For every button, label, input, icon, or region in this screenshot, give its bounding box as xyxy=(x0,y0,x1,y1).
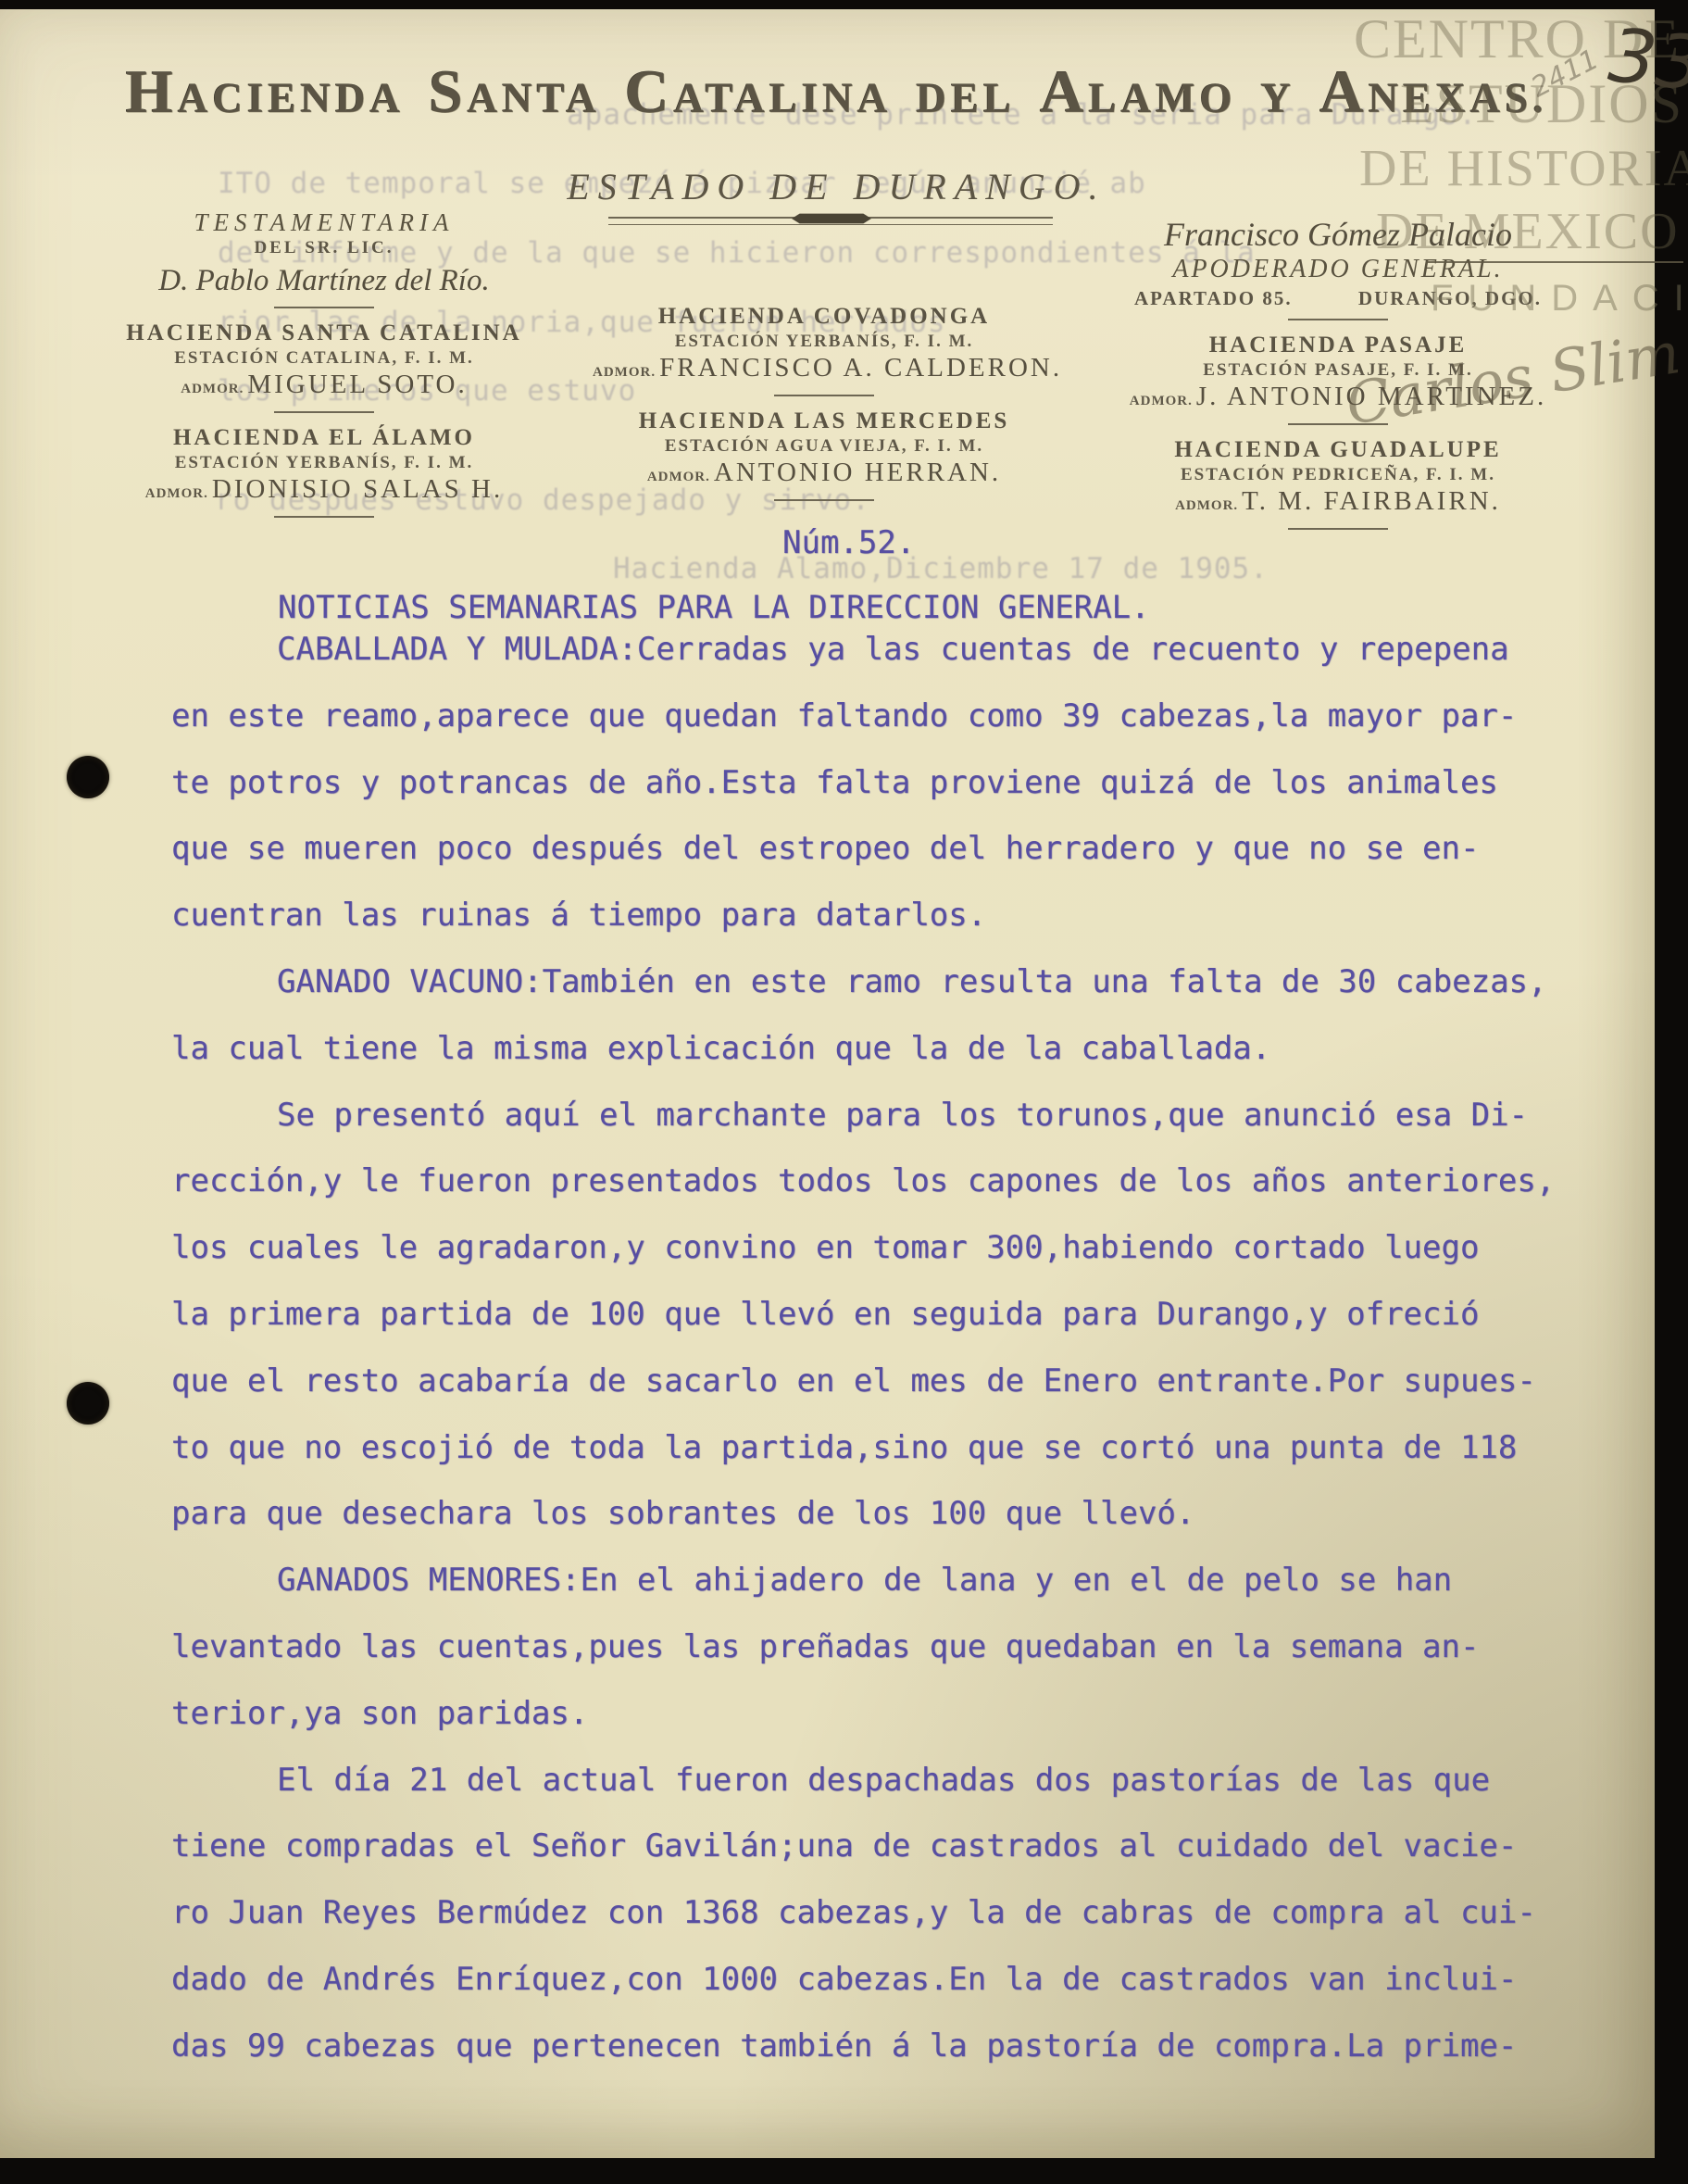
right-hacienda-blocks: HACIENDA PASAJE ESTACIÓN PASAJE, F. I. M… xyxy=(1102,332,1574,530)
typed-line: que el resto acabaría de sacarlo en el m… xyxy=(171,1349,1634,1415)
document-number: Núm.52. xyxy=(782,524,915,561)
hacienda-station: ESTACIÓN YERBANÍS, F. I. M. xyxy=(120,452,528,474)
apartado-number: APARTADO 85. xyxy=(1134,285,1293,311)
scanned-letter-page: apachemente dese printete á la seria par… xyxy=(0,9,1655,2158)
divider-rule xyxy=(1288,423,1388,425)
apartado-line: APARTADO 85. DURANGO, DGO. xyxy=(1134,285,1542,311)
title-rest: DEL xyxy=(916,75,1016,121)
gomez-palacio-script-name: Francisco Gómez Palacio xyxy=(1102,215,1574,254)
title-initial: A xyxy=(1319,58,1369,126)
del-sr-lic-label: DEL SR. LIC. xyxy=(120,236,528,260)
hacienda-name: HACIENDA GUADALUPE xyxy=(1102,436,1574,464)
admor-label: ADMOR. xyxy=(145,486,208,501)
hacienda-block: HACIENDA PASAJE ESTACIÓN PASAJE, F. I. M… xyxy=(1102,332,1574,425)
letterhead-left-column: TESTAMENTARIA DEL SR. LIC. D. Pablo Mart… xyxy=(120,208,528,518)
typed-line: El día 21 del actual fueron despachadas … xyxy=(171,1748,1634,1814)
hacienda-admor-line: ADMOR. J. ANTONIO MARTINEZ. xyxy=(1102,382,1574,416)
title-initial: H xyxy=(126,58,178,126)
letterhead-center-column: HACIENDA COVADONGA ESTACIÓN YERBANÍS, F.… xyxy=(593,292,1056,501)
typed-line: Se presentó aquí el marchante para los t… xyxy=(171,1083,1634,1149)
hacienda-name: HACIENDA EL ÁLAMO xyxy=(120,424,528,452)
typed-line: te potros y potrancas de año.Esta falta … xyxy=(171,750,1634,817)
admor-name: ANTONIO HERRAN. xyxy=(714,458,1001,487)
hacienda-station: ESTACIÓN PASAJE, F. I. M. xyxy=(1102,359,1574,382)
hacienda-block: HACIENDA LAS MERCEDES ESTACIÓN AGUA VIEJ… xyxy=(593,408,1056,501)
admor-name: FRANCISCO A. CALDERON. xyxy=(659,353,1062,383)
title-rest: LAMO xyxy=(1089,75,1237,121)
admor-name: J. ANTONIO MARTINEZ. xyxy=(1196,382,1546,411)
admor-name: MIGUEL SOTO. xyxy=(247,370,467,399)
hacienda-block: HACIENDA COVADONGA ESTACIÓN YERBANÍS, F.… xyxy=(593,303,1056,396)
typed-line: en este reamo,aparece que quedan faltand… xyxy=(171,684,1634,750)
admor-label: ADMOR. xyxy=(1130,394,1193,408)
hacienda-station: ESTACIÓN CATALINA, F. I. M. xyxy=(120,347,528,370)
divider-rule xyxy=(774,395,874,396)
left-hacienda-blocks: HACIENDA SANTA CATALINA ESTACIÓN CATALIN… xyxy=(120,320,528,518)
typed-line: CABALLADA Y MULADA:Cerradas ya las cuent… xyxy=(171,617,1634,684)
hacienda-title: HACIENDA SANTA CATALINA DEL ALAMO Y ANEX… xyxy=(9,57,1664,128)
divider-rule xyxy=(1288,319,1388,320)
typed-line: la primera partida de 100 que llevó en s… xyxy=(171,1282,1634,1349)
title-initial: A xyxy=(1040,58,1089,126)
title-word: Y xyxy=(1261,100,1296,116)
title-word: SANTA xyxy=(429,100,601,116)
admor-label: ADMOR. xyxy=(1175,498,1238,513)
typed-line: das 99 cabezas que pertenecen también á … xyxy=(171,2014,1634,2080)
hacienda-admor-line: ADMOR. T. M. FAIRBAIRN. xyxy=(1102,486,1574,521)
typed-line: GANADOS MENORES:En el ahijadero de lana … xyxy=(171,1548,1634,1614)
typed-line: cuentran las ruinas á tiempo para datarl… xyxy=(171,883,1634,949)
hacienda-block: HACIENDA SANTA CATALINA ESTACIÓN CATALIN… xyxy=(120,320,528,413)
hacienda-station: ESTACIÓN PEDRICEÑA, F. I. M. xyxy=(1102,464,1574,486)
divider-rule xyxy=(274,411,374,413)
title-word: ANEXAS. xyxy=(1319,100,1547,116)
scan-background: { "colors":{ "paper":"#ece5c4", "typed_i… xyxy=(0,0,1688,2184)
punch-hole-top xyxy=(67,756,109,798)
divider-rule xyxy=(274,307,374,308)
hacienda-block: HACIENDA GUADALUPE ESTACIÓN PEDRICEÑA, F… xyxy=(1102,436,1574,530)
center-hacienda-blocks: HACIENDA COVADONGA ESTACIÓN YERBANÍS, F.… xyxy=(593,303,1056,501)
title-word: HACIENDA xyxy=(126,100,405,116)
apoderado-general-label: APODERADO GENERAL. xyxy=(1102,254,1574,285)
hacienda-name: HACIENDA LAS MERCEDES xyxy=(593,408,1056,435)
admor-label: ADMOR. xyxy=(181,382,244,396)
title-rest: Y xyxy=(1261,75,1296,121)
testamentaria-label: TESTAMENTARIA xyxy=(120,208,528,236)
title-rest: ATALINA xyxy=(673,75,892,121)
city-label: DURANGO, DGO. xyxy=(1358,285,1542,311)
typed-line: dado de Andrés Enríquez,con 1000 cabezas… xyxy=(171,1947,1634,2014)
hacienda-station: ESTACIÓN YERBANÍS, F. I. M. xyxy=(593,331,1056,353)
apoderado-underline xyxy=(1426,261,1683,263)
letter-body: CABALLADA Y MULADA:Cerradas ya las cuent… xyxy=(171,617,1634,2080)
subtitle-ornament xyxy=(792,212,871,225)
divider-rule xyxy=(274,516,374,518)
admor-label: ADMOR. xyxy=(593,365,656,380)
typed-line: rección,y le fueron presentados todos lo… xyxy=(171,1148,1634,1215)
typed-line: terior,ya son paridas. xyxy=(171,1681,1634,1748)
title-word: CATALINA xyxy=(625,100,893,116)
typed-line: que se mueren poco después del estropeo … xyxy=(171,816,1634,883)
admor-name: T. M. FAIRBAIRN. xyxy=(1242,486,1501,516)
typed-line: levantado las cuentas,pues las preñadas … xyxy=(171,1614,1634,1681)
hacienda-block: HACIENDA EL ÁLAMO ESTACIÓN YERBANÍS, F. … xyxy=(120,424,528,518)
handwritten-page-number: 33 xyxy=(1605,12,1688,107)
title-rest: ACIENDA xyxy=(178,75,405,121)
estado-subtitle: ESTADO DE DURANGO. xyxy=(9,165,1664,208)
hacienda-station: ESTACIÓN AGUA VIEJA, F. I. M. xyxy=(593,435,1056,458)
admor-label: ADMOR. xyxy=(647,470,710,484)
title-rest: NEXAS. xyxy=(1369,75,1548,121)
typed-line: para que desechara los sobrantes de los … xyxy=(171,1481,1634,1548)
punch-hole-bottom xyxy=(67,1382,109,1425)
typed-line: la cual tiene la misma explicación que l… xyxy=(171,1016,1634,1083)
title-word: ALAMO xyxy=(1040,100,1237,116)
divider-rule xyxy=(774,499,874,501)
title-initial: S xyxy=(429,58,468,126)
typed-line: tiene compradas el Señor Gavilán;una de … xyxy=(171,1814,1634,1880)
title-rest: ANTA xyxy=(468,75,601,121)
hacienda-name: HACIENDA COVADONGA xyxy=(593,303,1056,331)
hacienda-admor-line: ADMOR. ANTONIO HERRAN. xyxy=(593,458,1056,492)
admor-name: DIONISIO SALAS H. xyxy=(212,474,503,504)
typed-line: ro Juan Reyes Bermúdez con 1368 cabezas,… xyxy=(171,1880,1634,1947)
hacienda-admor-line: ADMOR. FRANCISCO A. CALDERON. xyxy=(593,353,1056,387)
title-initial: C xyxy=(625,58,674,126)
hacienda-name: HACIENDA SANTA CATALINA xyxy=(120,320,528,347)
hacienda-admor-line: ADMOR. MIGUEL SOTO. xyxy=(120,370,528,404)
hacienda-admor-line: ADMOR. DIONISIO SALAS H. xyxy=(120,474,528,508)
typed-line: GANADO VACUNO:También en este ramo resul… xyxy=(171,949,1634,1016)
divider-rule xyxy=(1288,528,1388,530)
hacienda-name: HACIENDA PASAJE xyxy=(1102,332,1574,359)
typed-line: los cuales le agradaron,y convino en tom… xyxy=(171,1215,1634,1282)
title-word: DEL xyxy=(916,100,1016,116)
pablo-martinez-script-name: D. Pablo Martínez del Río. xyxy=(120,262,528,299)
typed-line: to que no escojió de toda la partida,sin… xyxy=(171,1415,1634,1482)
